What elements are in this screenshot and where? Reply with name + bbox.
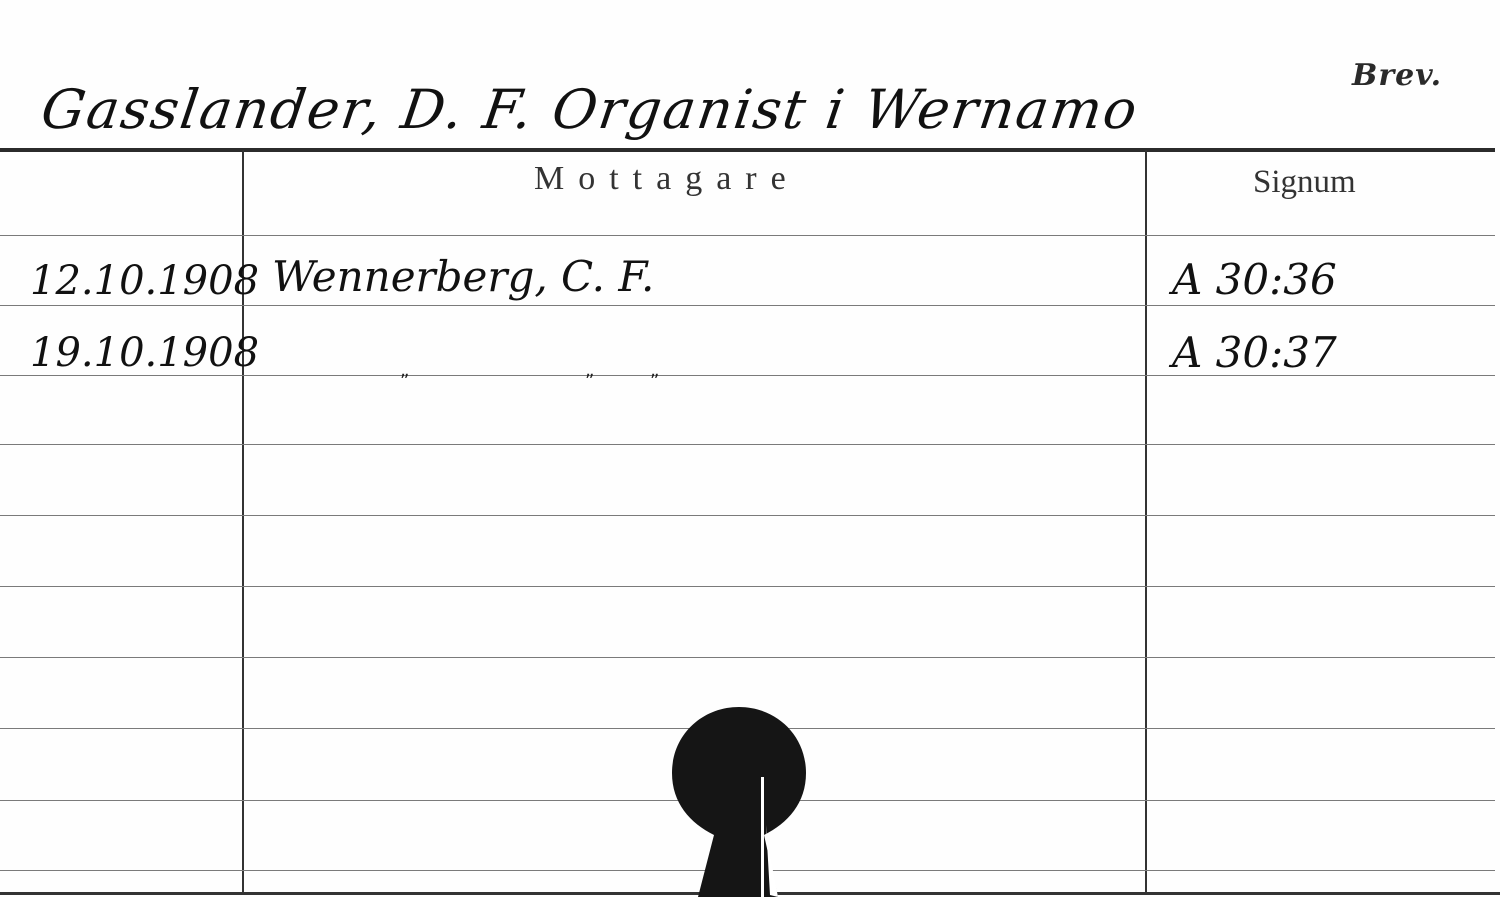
column-divider-signum [1145,150,1147,895]
column-header-recipient: Mottagare [534,160,800,198]
row-2-ditto-mark: „ [650,360,659,381]
row-rule [0,515,1495,516]
row-1-signum: A 30:36 [1172,255,1337,304]
row-2-ditto-mark: „ [585,360,594,381]
row-rule [0,657,1495,658]
punch-hole-icon [670,705,808,897]
column-header-signum: Signum [1253,164,1356,201]
row-1-date: 12.10.1908 [30,258,259,304]
row-rule [0,235,1495,236]
row-rule [0,444,1495,445]
row-2-date: 19.10.1908 [30,330,259,376]
handwritten-title: Gasslander, D. F. Organist i Wernamo [38,78,1143,141]
row-2-ditto-mark: „ [400,360,409,381]
header-rule [0,148,1495,152]
archive-index-card: Brev. Gasslander, D. F. Organist i Werna… [0,0,1500,897]
row-2-signum: A 30:37 [1172,328,1337,377]
row-rule [0,305,1495,306]
card-type-label: Brev. [1352,58,1442,93]
row-1-recipient: Wennerberg, C. F. [272,252,654,301]
row-rule [0,586,1495,587]
